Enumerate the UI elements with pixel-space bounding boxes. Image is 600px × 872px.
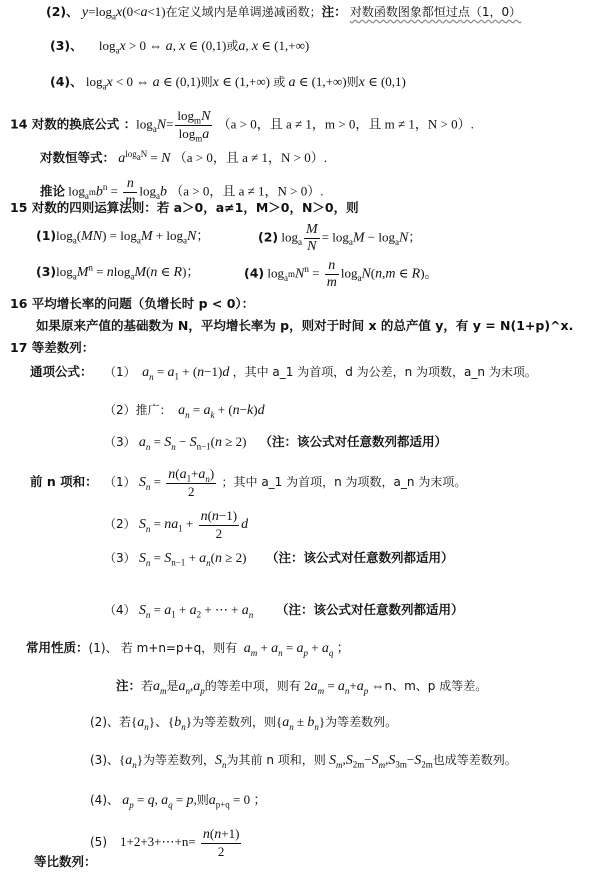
property-1: 常用性质：(1)、 若 m+n=p+q，则有 am + an = ap + aq…: [26, 640, 350, 657]
item-label: (1)、: [89, 641, 118, 655]
rule-label: (3): [36, 264, 56, 279]
condition: （a > 0，且 a ≠ 1，N > 0）.: [174, 150, 327, 165]
condition: （a > 0，且 a ≠ 1，N > 0）.: [170, 183, 323, 198]
rule-label: (2): [258, 229, 278, 244]
section-16-title: 16 平均增长率的问题（负增长时 p < 0）：: [10, 296, 254, 312]
partial-sum-1: （1） Sn = n(a1+an)2 ；其中 a_1 为首项，n 为项数，a_n…: [104, 466, 466, 500]
item-label: （4）: [104, 603, 136, 617]
property-2: (2)、若{an}、{bn}为等差数列，则{an ± bn}为等差数列。: [90, 714, 397, 731]
properties-label: 常用性质：: [26, 640, 89, 655]
item-label: （3）: [104, 551, 136, 565]
rule-label: (4): [244, 265, 264, 280]
partial-sum-4: （4） Sn = a1 + a2 + ⋯ + an （注：该公式对任意数列都适用…: [104, 602, 464, 619]
partial-sum-label: 前 n 项和：: [30, 474, 98, 490]
property-5: (5) 1+2+3+⋯+n= n(n+1)2: [90, 826, 243, 860]
corollary-label: 推论: [40, 183, 65, 198]
item-label: （2）推广：: [104, 403, 172, 417]
item-label: (4)、: [50, 74, 83, 89]
item-label: (4)、: [90, 793, 119, 807]
identity-label: 对数恒等式：: [40, 150, 115, 165]
property-note: 注：若am是an,ap的等差中项，则有 2am = an+ap ⇔n、m、p 成…: [116, 678, 487, 695]
item-label: （1）: [104, 475, 136, 489]
item-label: (3)、: [90, 753, 119, 767]
rule-label: (1): [36, 228, 56, 243]
log-identity: 对数恒等式： alogaN = N （a > 0，且 a ≠ 1，N > 0）.: [40, 150, 327, 167]
partial-sum-3: （3） Sn = Sn−1 + an(n ≥ 2) （注：该公式对任意数列都适用…: [104, 550, 453, 567]
item-label: (2)、: [90, 715, 119, 729]
note: （注：该公式对任意数列都适用）: [259, 434, 447, 449]
log-rule-3: (3)logaMn = nlogaM(n ∈ R)；: [36, 264, 199, 281]
log-rule-2: (2) logaMN= logaM − logaN；: [258, 222, 421, 255]
section-16-body: 如果原来产值的基础数为 N，平均增长率为 p，则对于时间 x 的总产值 y，有 …: [36, 318, 573, 334]
log-property-3: (3)、 logax > 0 ⇔ a, x ∈ (0,1)或a, x ∈ (1,…: [50, 38, 309, 55]
general-term-label: 通项公式：: [30, 364, 93, 380]
log-property-2: (2)、 y=logax(0<a<1)在定义域内是单调递减函数；注： 对数函数图…: [46, 4, 521, 21]
note-label: 注：: [322, 4, 347, 19]
item-label: (3)、: [50, 38, 83, 53]
property-3: (3)、{an}为等差数列，Sn为其前 n 项和，则 Sm,S2m−Sm,S3m…: [90, 752, 517, 769]
item-label: （3）: [104, 435, 136, 449]
item-text: 若 m+n=p+q，则有: [121, 641, 238, 655]
condition: （a > 0，且 a ≠ 1，m > 0，且 m ≠ 1，N > 0）.: [218, 116, 474, 131]
section-14-change-of-base: 14 对数的换底公式 ：logaN=logmNlogma （a > 0，且 a …: [10, 108, 474, 143]
section-17-title: 17 等差数列：: [10, 340, 94, 356]
item-text: 在定义域内是单调递减函数；: [166, 5, 322, 19]
note: （注：该公式对任意数列都适用）: [276, 602, 464, 617]
section-15-title: 15 对数的四则运算法则：若 a＞0，a≠1，M＞0，N＞0，则: [10, 200, 359, 216]
item-label: (2)、: [46, 4, 79, 19]
note: （注：该公式对任意数列都适用）: [266, 550, 454, 565]
section-title: 14 对数的换底公式 ：: [10, 116, 136, 131]
general-term-2: （2）推广： an = ak + (n−k)d: [104, 402, 265, 419]
general-term-3: （3） an = Sn − Sn−1(n ≥ 2) （注：该公式对任意数列都适用…: [104, 434, 447, 451]
general-term-1: （1） an = a1 + (n−1)d ，其中 a_1 为首项，d 为公差，n…: [104, 364, 537, 381]
partial-sum-2: （2） Sn = na1 + n(n−1)2d: [104, 508, 248, 542]
log-rule-4: (4) logamNn = nmlogaN(n,m ∈ R)。: [244, 258, 438, 291]
log-property-4: (4)、 logax < 0 ⇔ a ∈ (0,1)则x ∈ (1,+∞) 或 …: [50, 74, 406, 91]
item-label: （1）: [104, 365, 136, 379]
item-desc: ，其中 a_1 为首项，d 为公差，n 为项数，a_n 为末项。: [233, 365, 537, 379]
geometric-sequence-title: 等比数列：: [34, 854, 97, 870]
property-4: (4)、 ap = q, aq = p,则ap+q = 0 ；: [90, 792, 266, 809]
item-desc: ；其中 a_1 为首项，n 为项数，a_n 为末项。: [222, 475, 467, 489]
item-label: (5): [90, 835, 107, 849]
note-label: 注：: [116, 678, 141, 693]
note-text: 对数函数图象都恒过点（1，0）: [350, 5, 521, 19]
item-label: （2）: [104, 517, 136, 531]
log-rule-1: (1)loga(MN) = logaM + logaN；: [36, 228, 209, 245]
